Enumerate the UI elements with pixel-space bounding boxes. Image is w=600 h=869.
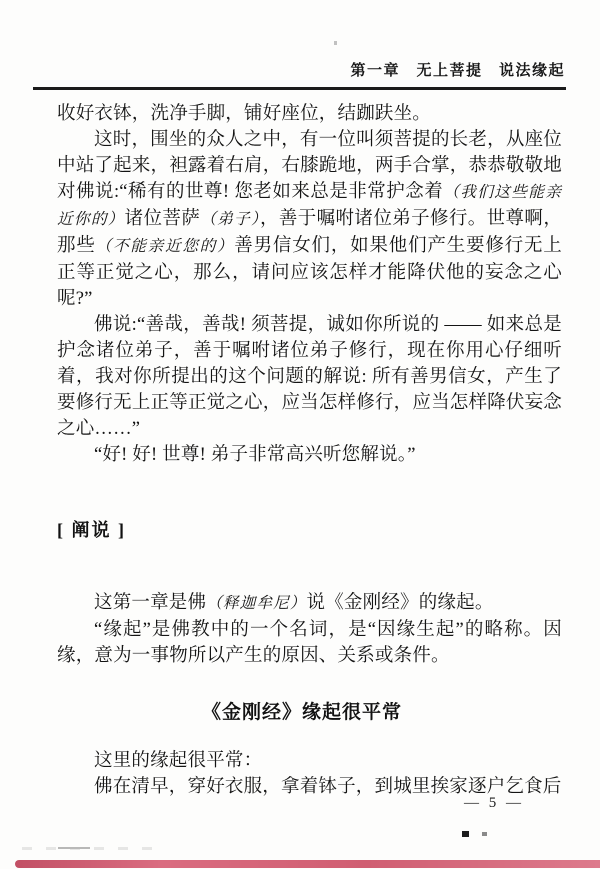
paragraph: 佛说:“善哉，善哉! 须菩提，诚如你所说的 —— 如来总是护念诸位弟子，善于嘱咐… — [57, 312, 562, 442]
scan-speck — [22, 847, 152, 850]
paragraph: 这第一章是佛（释迦牟尼）说《金刚经》的缘起。 — [57, 590, 562, 617]
header-rule — [33, 87, 566, 90]
scan-speck — [334, 41, 337, 45]
chapter-header: 第一章 无上菩提 说法缘起 — [350, 59, 565, 80]
section-label: [ 阐说 ] — [57, 516, 126, 542]
inline-annotation: （释迦牟尼） — [206, 595, 306, 612]
text-run: 收好衣钵，洗净手脚，铺好座位，结跏趺坐。 — [57, 104, 431, 124]
inline-annotation: （弟子） — [200, 211, 260, 228]
paragraph: 收好衣钵，洗净手脚，铺好座位，结跏趺坐。 — [57, 101, 562, 127]
text-run: 这里的缘起很平常： — [94, 751, 262, 771]
book-page: 第一章 无上菩提 说法缘起 收好衣钵，洗净手脚，铺好座位，结跏趺坐。这时，围坐的… — [0, 0, 600, 869]
inline-annotation: （不能亲近您的） — [96, 238, 235, 255]
text-run: 诸位菩萨 — [125, 209, 201, 229]
page-number: — 5 — — [464, 795, 524, 812]
scan-speck — [482, 832, 487, 836]
text-run: 说《金刚经》的缘起。 — [307, 593, 494, 613]
paragraph: 这里的缘起很平常： — [57, 748, 562, 774]
body-text: 收好衣钵，洗净手脚，铺好座位，结跏趺坐。这时，围坐的众人之中，有一位叫须菩提的长… — [57, 101, 562, 468]
scan-speck — [462, 831, 469, 837]
text-run: “好! 好! 世尊! 弟子非常高兴听您解说。” — [94, 445, 416, 465]
bottom-edge-bar — [15, 860, 600, 868]
exposition-text: 这第一章是佛（释迦牟尼）说《金刚经》的缘起。“缘起”是佛教中的一个名词，是“因缘… — [57, 590, 562, 669]
paragraph: “好! 好! 世尊! 弟子非常高兴听您解说。” — [57, 442, 562, 468]
text-run: 佛说:“善哉，善哉! 须菩提，诚如你所说的 —— 如来总是护念诸位弟子，善于嘱咐… — [57, 315, 562, 439]
paragraph: “缘起”是佛教中的一个名词，是“因缘生起”的略称。因缘，意为一事物所以产生的原因… — [57, 617, 562, 669]
paragraph: 这时，围坐的众人之中，有一位叫须菩提的长老，从座位中站了起来，袒露着右肩，右膝跪… — [57, 127, 562, 312]
sub-heading: 《金刚经》缘起很平常 — [57, 697, 547, 724]
exposition-text-2: 这里的缘起很平常：佛在清早，穿好衣服，拿着钵子，到城里挨家逐户乞食后 — [57, 748, 562, 800]
text-run: 佛在清早，穿好衣服，拿着钵子，到城里挨家逐户乞食后 — [94, 777, 562, 797]
text-run: 这第一章是佛 — [94, 593, 206, 613]
text-run: “缘起”是佛教中的一个名词，是“因缘生起”的略称。因缘，意为一事物所以产生的原因… — [57, 620, 562, 666]
